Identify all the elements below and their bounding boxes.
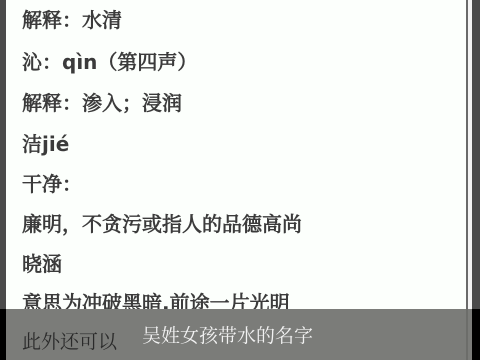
article-line: 解释：水清 [22, 8, 122, 32]
left-frame-bar [0, 0, 6, 309]
right-frame-bar [472, 0, 480, 309]
article-line: 沁：qìn（第四声） [22, 50, 197, 74]
article-line: 晓涵 [22, 252, 62, 276]
article-line: 洁jié [22, 132, 69, 156]
article-line: 廉明，不贪污或指人的品德高尚 [22, 212, 302, 236]
overlay-divider [466, 309, 468, 360]
underlying-text: 此外还可以 [22, 327, 117, 354]
article-line: 解释：渗入；浸润 [22, 91, 182, 115]
article-line: 干净： [22, 172, 82, 196]
caption-title[interactable]: 吴姓女孩带水的名字 [142, 321, 313, 348]
caption-overlay-bar[interactable]: 此外还可以 吴姓女孩带水的名字 [6, 309, 472, 360]
right-frame-bar-bottom [472, 309, 480, 360]
